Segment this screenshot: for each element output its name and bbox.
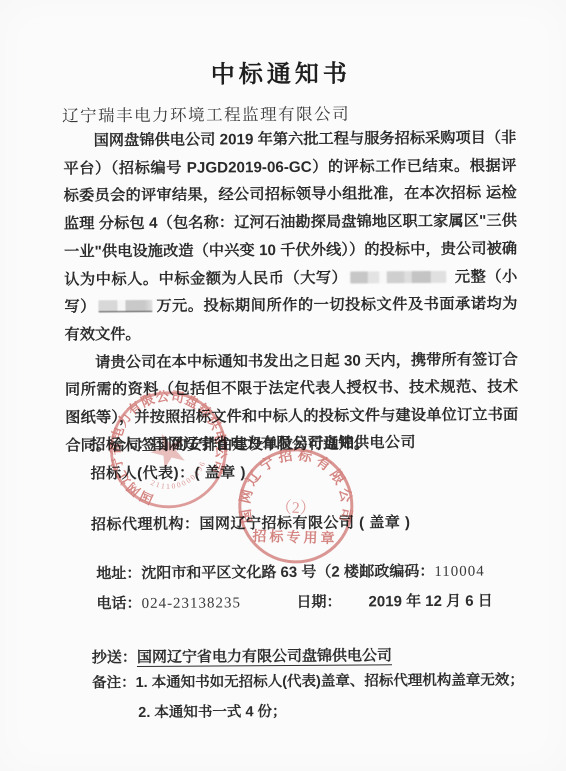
notes-row-1: 备注：1. 本通知书如无招标人(代表)盖章、招标代理机构盖章无效； xyxy=(92,668,524,692)
agency-label: 招标代理机构： xyxy=(91,516,200,534)
address-label: 地址： xyxy=(96,565,141,582)
phone-date-row: 电话：024-23138235 日期： 2019 年 12 月 6 日 xyxy=(96,589,536,613)
document-title: 中标通知书 xyxy=(0,52,564,91)
postcode-label: 邮政编码： xyxy=(359,563,434,581)
award-text-before-amount: 国网盘锦供电公司 2019 年第六批工程与服务招标采购项目（非平台）（招标编号 … xyxy=(63,129,517,288)
notes-label: 备注： xyxy=(92,675,136,691)
agency-value: 国网辽宁招标有限公司 ( 盖章 ) xyxy=(199,514,410,532)
document-body: 国网盘锦供电公司 2019 年第六批工程与服务招标采购项目（非平台）（招标编号 … xyxy=(63,124,518,460)
postcode-value: 110004 xyxy=(434,564,485,580)
document-content: 中标通知书 辽宁瑞丰电力环境工程监理有限公司 国网盘锦供电公司 2019 年第六… xyxy=(0,0,566,771)
redacted-amount-uppercase xyxy=(350,270,446,283)
note-item-2: 2. 本通知书一式 4 份； xyxy=(138,700,286,722)
note-item-1: 1. 本通知书如无招标人(代表)盖章、招标代理机构盖章无效； xyxy=(136,672,524,691)
tenderer-value: 国网辽宁省电力有限公司盘锦供电公司 xyxy=(152,434,416,453)
tenderer-label: 招标人： xyxy=(90,436,152,453)
scanned-document-page: 中标通知书 辽宁瑞丰电力环境工程监理有限公司 国网盘锦供电公司 2019 年第六… xyxy=(0,0,566,771)
tenderer-line: 招标人：国网辽宁省电力有限公司盘锦供电公司 xyxy=(90,431,416,454)
postcode-pair: 邮政编码：110004 xyxy=(359,560,485,582)
date-label: 日期： xyxy=(296,591,341,612)
cc-row: 抄送：国网辽宁省电力有限公司盘锦供电公司 xyxy=(92,644,392,667)
phone-value: 024-23138235 xyxy=(141,595,241,612)
body-paragraph-award: 国网盘锦供电公司 2019 年第六批工程与服务招标采购项目（非平台）（招标编号 … xyxy=(63,124,518,349)
agency-line: 招标代理机构：国网辽宁招标有限公司 ( 盖章 ) xyxy=(91,511,411,534)
address-value: 沈阳市和平区文化路 63 号（2 楼） xyxy=(141,563,374,582)
redacted-amount-digits xyxy=(99,300,153,312)
date-value: 2019 年 12 月 6 日 xyxy=(368,590,492,612)
tenderer-representative-line: 招标人(代表)：( 盖章 ) xyxy=(91,461,246,483)
addressee-company-line: 辽宁瑞丰电力环境工程监理有限公司 xyxy=(62,101,350,127)
address-row: 地址：沈阳市和平区文化路 63 号（2 楼） 邮政编码：110004 xyxy=(96,559,536,583)
agency-seal-right: 国网辽宁招标有限公司 （2） 招标专用章 xyxy=(231,441,360,570)
seal-right-ring-border xyxy=(238,448,353,563)
cc-label: 抄送： xyxy=(92,649,137,666)
cc-company: 国网辽宁省电力有限公司盘锦供电公司 xyxy=(137,647,392,666)
phone-label: 电话： xyxy=(96,595,141,612)
